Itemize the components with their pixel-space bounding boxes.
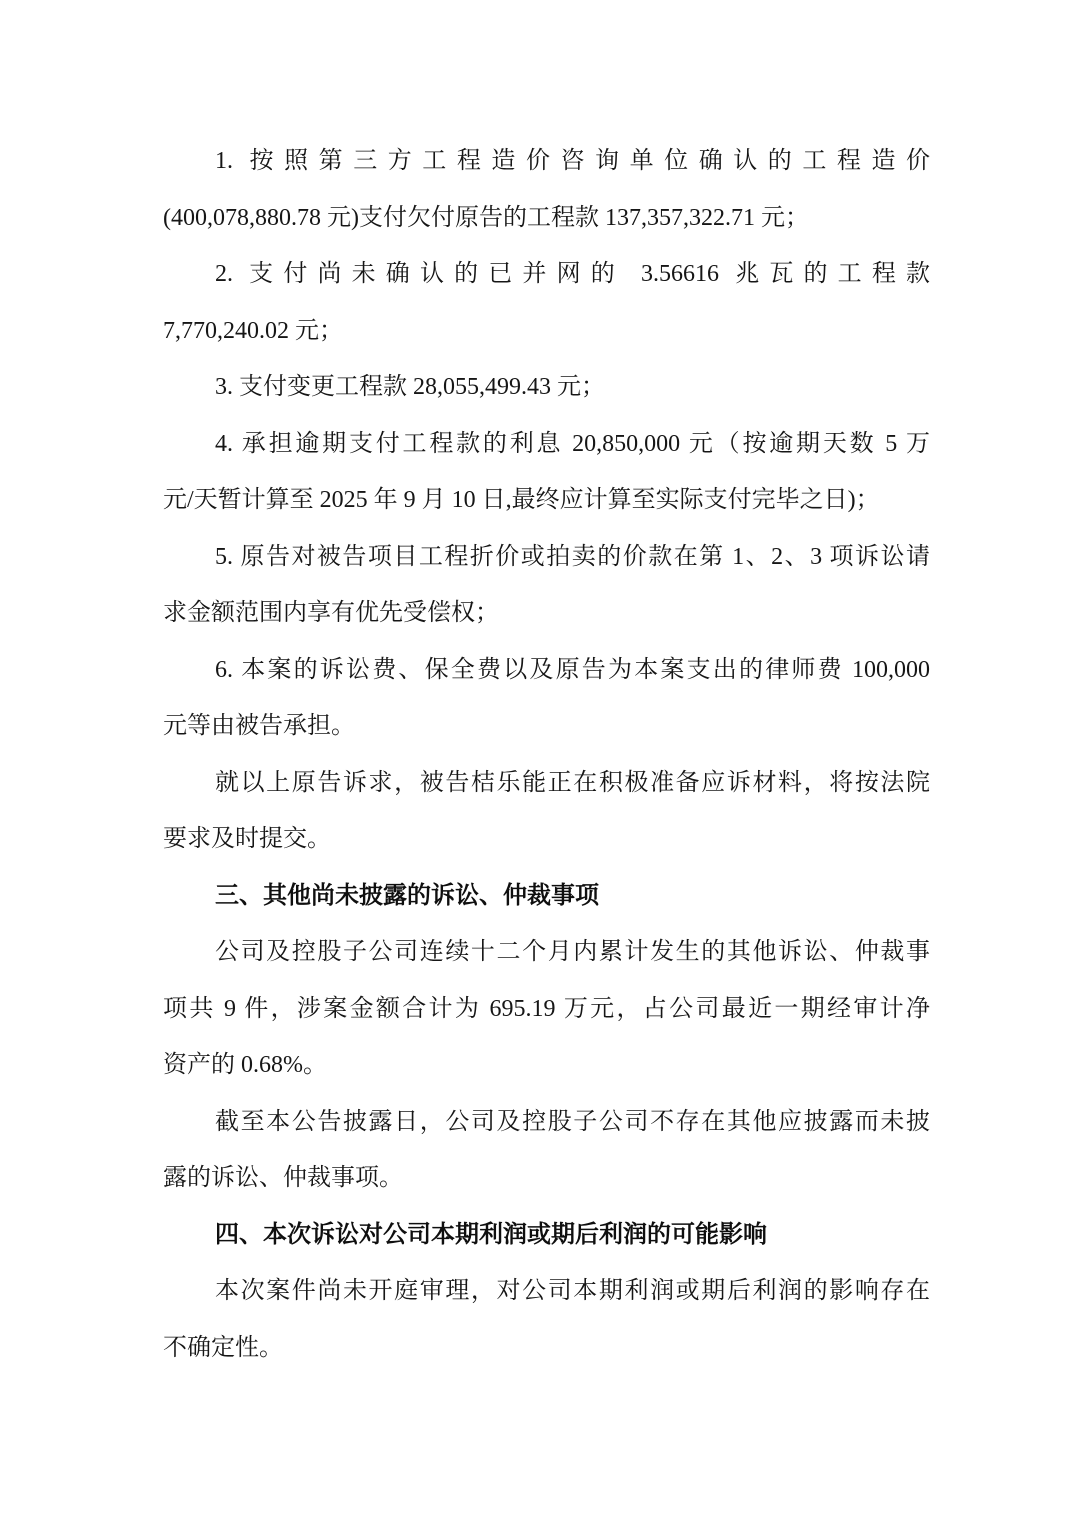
claim-item-3-line-1: 3. 支付变更工程款 28,055,499.43 元； <box>163 359 930 416</box>
claim-item-5-line-1: 5. 原告对被告项目工程折价或拍卖的价款在第 1、2、3 项诉讼请 <box>163 529 930 586</box>
disclosure-statement-line-1: 截至本公告披露日，公司及控股子公司不存在其他应披露而未披 <box>163 1094 930 1151</box>
impact-statement-line-1: 本次案件尚未开庭审理，对公司本期利润或期后利润的影响存在 <box>163 1263 930 1320</box>
claim-item-6-line-2: 元等由被告承担。 <box>163 698 930 755</box>
response-paragraph-line-1: 就以上原告诉求，被告桔乐能正在积极准备应诉材料，将按法院 <box>163 755 930 812</box>
claim-item-6-line-1: 6. 本案的诉讼费、保全费以及原告为本案支出的律师费 100,000 <box>163 642 930 699</box>
claim-item-1-line-1: 1. 按照第三方工程造价咨询单位确认的工程造价 <box>163 133 930 190</box>
claim-item-5-line-2: 求金额范围内享有优先受偿权； <box>163 585 930 642</box>
impact-statement-line-2: 不确定性。 <box>163 1320 930 1377</box>
response-paragraph-line-2: 要求及时提交。 <box>163 811 930 868</box>
section-three-heading: 三、其他尚未披露的诉讼、仲裁事项 <box>163 868 930 925</box>
other-litigation-line-1: 公司及控股子公司连续十二个月内累计发生的其他诉讼、仲裁事 <box>163 924 930 981</box>
disclosure-statement-line-2: 露的诉讼、仲裁事项。 <box>163 1150 930 1207</box>
other-litigation-line-2: 项共 9 件，涉案金额合计为 695.19 万元，占公司最近一期经审计净 <box>163 981 930 1038</box>
claim-item-4-line-1: 4. 承担逾期支付工程款的利息 20,850,000 元（按逾期天数 5 万 <box>163 416 930 473</box>
claim-item-2-line-2: 7,770,240.02 元； <box>163 303 930 360</box>
claim-item-4-line-2: 元/天暂计算至 2025 年 9 月 10 日,最终应计算至实际支付完毕之日)； <box>163 472 930 529</box>
other-litigation-line-3: 资产的 0.68%。 <box>163 1037 930 1094</box>
claim-item-1-line-2: (400,078,880.78 元)支付欠付原告的工程款 137,357,322… <box>163 190 930 247</box>
claim-item-2-line-1: 2. 支付尚未确认的已并网的 3.56616 兆瓦的工程款 <box>163 246 930 303</box>
section-four-heading: 四、本次诉讼对公司本期利润或期后利润的可能影响 <box>163 1207 930 1264</box>
document-page: 1. 按照第三方工程造价咨询单位确认的工程造价 (400,078,880.78 … <box>0 0 1080 1527</box>
